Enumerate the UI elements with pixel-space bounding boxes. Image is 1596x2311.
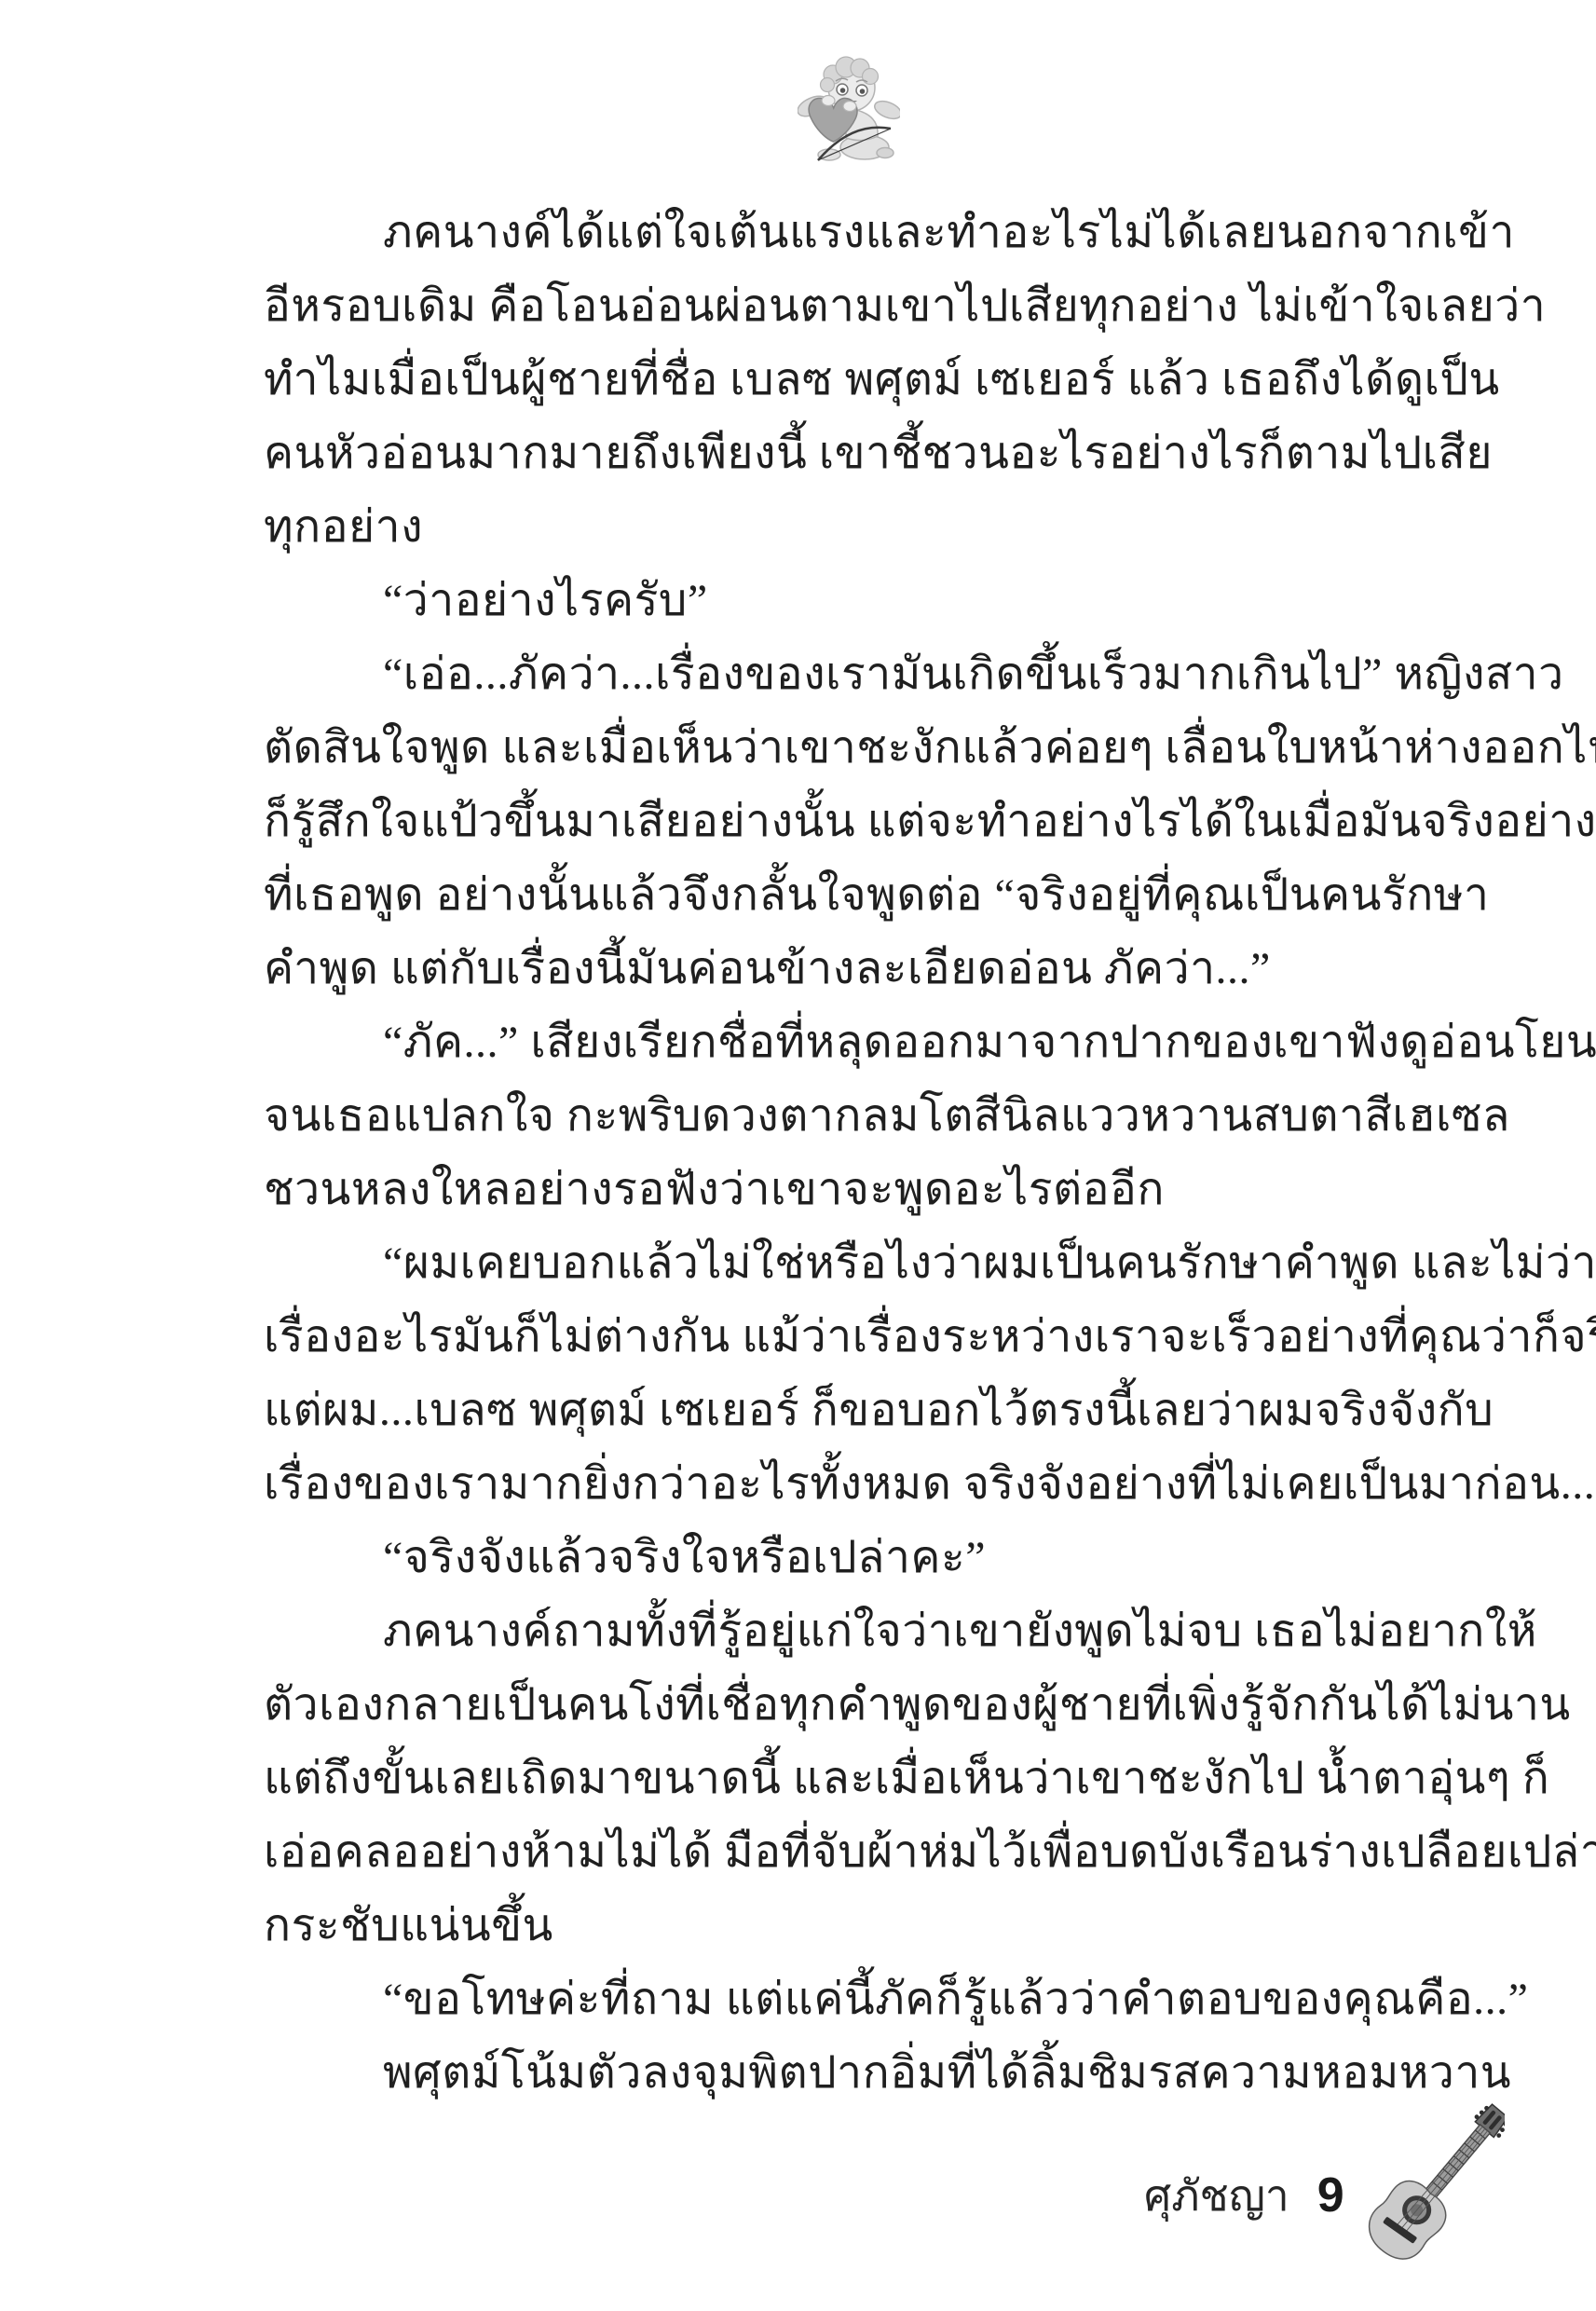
text-line: แต่ถึงขั้นเลยเถิดมาขนาดนี้ และเมื่อเห็นว… — [264, 1742, 1439, 1815]
text-line: “ผมเคยบอกแล้วไม่ใช่หรือไงว่าผมเป็นคนรักษ… — [264, 1226, 1439, 1300]
text-line: เรื่องของเรามากยิ่งกว่าอะไรทั้งหมด จริงจ… — [264, 1447, 1439, 1521]
text-line: “จริงจังแล้วจริงใจหรือเปล่าคะ” — [264, 1521, 1439, 1594]
text-line: อีหรอบเดิม คือโอนอ่อนผ่อนตามเขาไปเสียทุก… — [264, 269, 1439, 343]
author-name: ศุภัชญา — [1144, 2162, 1289, 2230]
cupid-hugging-heart-icon — [798, 54, 900, 166]
body-text: ภคนางค์ได้แต่ใจเต้นแรงและทำอะไรไม่ได้เลย… — [264, 196, 1439, 2110]
guitar-icon — [1328, 2078, 1505, 2269]
text-line: ก็รู้สึกใจแป้วขึ้นมาเสียอย่างนั้น แต่จะท… — [264, 785, 1439, 858]
text-line: จนเธอแปลกใจ กะพริบดวงตากลมโตสีนิลแววหวาน… — [264, 1079, 1439, 1153]
text-line: ตัดสินใจพูด และเมื่อเห็นว่าเขาชะงักแล้วค… — [264, 711, 1439, 785]
text-line: ภคนางค์ถามทั้งที่รู้อยู่แก่ใจว่าเขายังพู… — [264, 1594, 1439, 1668]
text-line: พศุตม์โน้มตัวลงจุมพิตปากอิ่มที่ได้ลิ้มชิ… — [264, 2036, 1439, 2110]
text-line: กระชับแน่นขึ้น — [264, 1889, 1439, 1962]
text-line: คนหัวอ่อนมากมายถึงเพียงนี้ เขาชี้ชวนอะไร… — [264, 417, 1439, 490]
page-footer: ศุภัชญา 9 — [1144, 2160, 1344, 2231]
text-line: ทำไมเมื่อเป็นผู้ชายที่ชื่อ เบลซ พศุตม์ เ… — [264, 343, 1439, 417]
text-line: ภคนางค์ได้แต่ใจเต้นแรงและทำอะไรไม่ได้เลย… — [264, 196, 1439, 269]
book-page: ภคนางค์ได้แต่ใจเต้นแรงและทำอะไรไม่ได้เลย… — [0, 0, 1596, 2311]
text-line: ตัวเองกลายเป็นคนโง่ที่เชื่อทุกคำพูดของผู… — [264, 1668, 1439, 1742]
text-line: เอ่อคลออย่างห้ามไม่ได้ มือที่จับผ้าห่มไว… — [264, 1815, 1439, 1889]
text-line: ชวนหลงใหลอย่างรอฟังว่าเขาจะพูดอะไรต่ออีก — [264, 1153, 1439, 1226]
text-line: เรื่องอะไรมันก็ไม่ต่างกัน แม้ว่าเรื่องระ… — [264, 1300, 1439, 1374]
text-line: คำพูด แต่กับเรื่องนี้มันค่อนข้างละเอียดอ… — [264, 932, 1439, 1005]
text-line: “ขอโทษค่ะที่ถาม แต่แค่นี้ภัคก็รู้แล้วว่า… — [264, 1962, 1439, 2036]
text-line: “เอ่อ...ภัคว่า...เรื่องของเรามันเกิดขึ้น… — [264, 637, 1439, 711]
text-line: ที่เธอพูด อย่างนั้นแล้วจึงกลั้นใจพูดต่อ … — [264, 858, 1439, 932]
text-line: “ภัค...” เสียงเรียกชื่อที่หลุดออกมาจากปา… — [264, 1005, 1439, 1079]
text-line: แต่ผม...เบลซ พศุตม์ เซเยอร์ ก็ขอบอกไว้ตร… — [264, 1374, 1439, 1447]
text-line: “ว่าอย่างไรครับ” — [264, 564, 1439, 637]
text-line: ทุกอย่าง — [264, 490, 1439, 564]
